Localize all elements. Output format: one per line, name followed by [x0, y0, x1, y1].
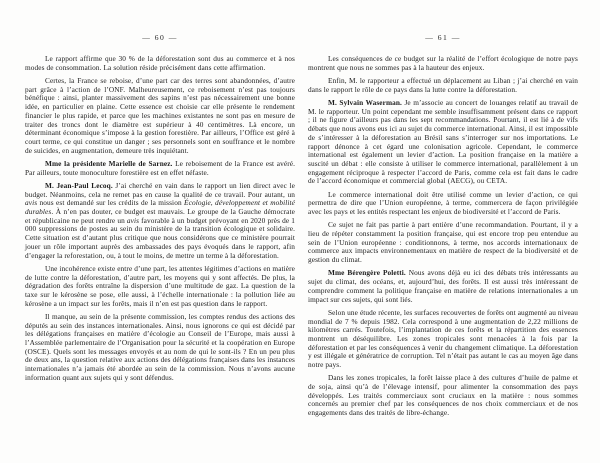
- paragraph: Mme la présidente Marielle de Sarnez. Le…: [25, 160, 295, 177]
- page-number: — 60 —: [25, 33, 295, 42]
- paragraph: Mme Bérengère Poletti. Nous avons déjà e…: [308, 269, 578, 304]
- page-60: — 60 — Le rapport affirme que 30 % de la…: [0, 0, 300, 463]
- paragraph-text: Ce sujet ne fait pas partie à part entiè…: [308, 220, 578, 264]
- paragraph-text: Certes, la France se reboise, d’une part…: [25, 76, 295, 155]
- paragraph-text: Je m’associe au concert de louanges rela…: [308, 98, 578, 185]
- paragraph: M. Jean-Paul Lecoq. J’ai cherché en vain…: [25, 182, 295, 260]
- page-number: — 61 —: [308, 33, 578, 42]
- page-60-content: — 60 — Le rapport affirme que 30 % de la…: [25, 33, 295, 383]
- speaker-name: M. Jean-Paul Lecoq.: [45, 181, 115, 190]
- paragraph: Une incohérence existe entre d’une part,…: [25, 265, 295, 309]
- paragraph-text: Le rapport affirme que 30 % de la défore…: [25, 54, 295, 72]
- speaker-name: Mme Bérengère Poletti.: [328, 268, 409, 277]
- paragraph-text: avis: [25, 198, 37, 207]
- speaker-name: M. Sylvain Waserman.: [328, 98, 404, 107]
- paragraph-text: Le commerce international doit être util…: [308, 190, 578, 216]
- paragraph: Dans les zones tropicales, la forêt lais…: [308, 374, 578, 418]
- paragraph: Les conséquences de ce budget sur la réa…: [308, 55, 578, 72]
- speaker-name: Mme la présidente Marielle de Sarnez.: [45, 159, 175, 168]
- paragraph: Le commerce international doit être util…: [308, 191, 578, 217]
- paragraph-text: avis: [127, 216, 139, 225]
- paragraph: Le rapport affirme que 30 % de la défore…: [25, 55, 295, 72]
- paragraph-text: Dans les zones tropicales, la forêt lais…: [308, 373, 578, 417]
- paragraph: Ce sujet ne fait pas partie à part entiè…: [308, 221, 578, 265]
- paragraph: Certes, la France se reboise, d’une part…: [25, 77, 295, 155]
- paragraph-text: Il manque, au sein de la présente commis…: [25, 312, 295, 382]
- paragraph: Selon une étude récente, les surfaces re…: [308, 309, 578, 370]
- paragraph: Il manque, au sein de la présente commis…: [25, 313, 295, 383]
- page-body: Le rapport affirme que 30 % de la défore…: [25, 55, 295, 383]
- page-body: Les conséquences de ce budget sur la réa…: [308, 55, 578, 418]
- paragraph: Enfin, M. le rapporteur a effectué un dé…: [308, 77, 578, 94]
- paragraph-text: Les conséquences de ce budget sur la réa…: [308, 54, 578, 72]
- paragraph-text: Selon une étude récente, les surfaces re…: [308, 308, 578, 369]
- paragraph-text: Enfin, M. le rapporteur a effectué un dé…: [308, 76, 578, 94]
- paragraph-text: nous est demandé sur les crédits de la m…: [37, 198, 184, 207]
- page-61-content: — 61 — Les conséquences de ce budget sur…: [308, 33, 578, 418]
- page-61: — 61 — Les conséquences de ce budget sur…: [300, 0, 600, 463]
- paragraph-text: Une incohérence existe entre d’une part,…: [25, 264, 295, 308]
- document-spread: — 60 — Le rapport affirme que 30 % de la…: [0, 0, 600, 463]
- paragraph: M. Sylvain Waserman. Je m’associe au con…: [308, 99, 578, 186]
